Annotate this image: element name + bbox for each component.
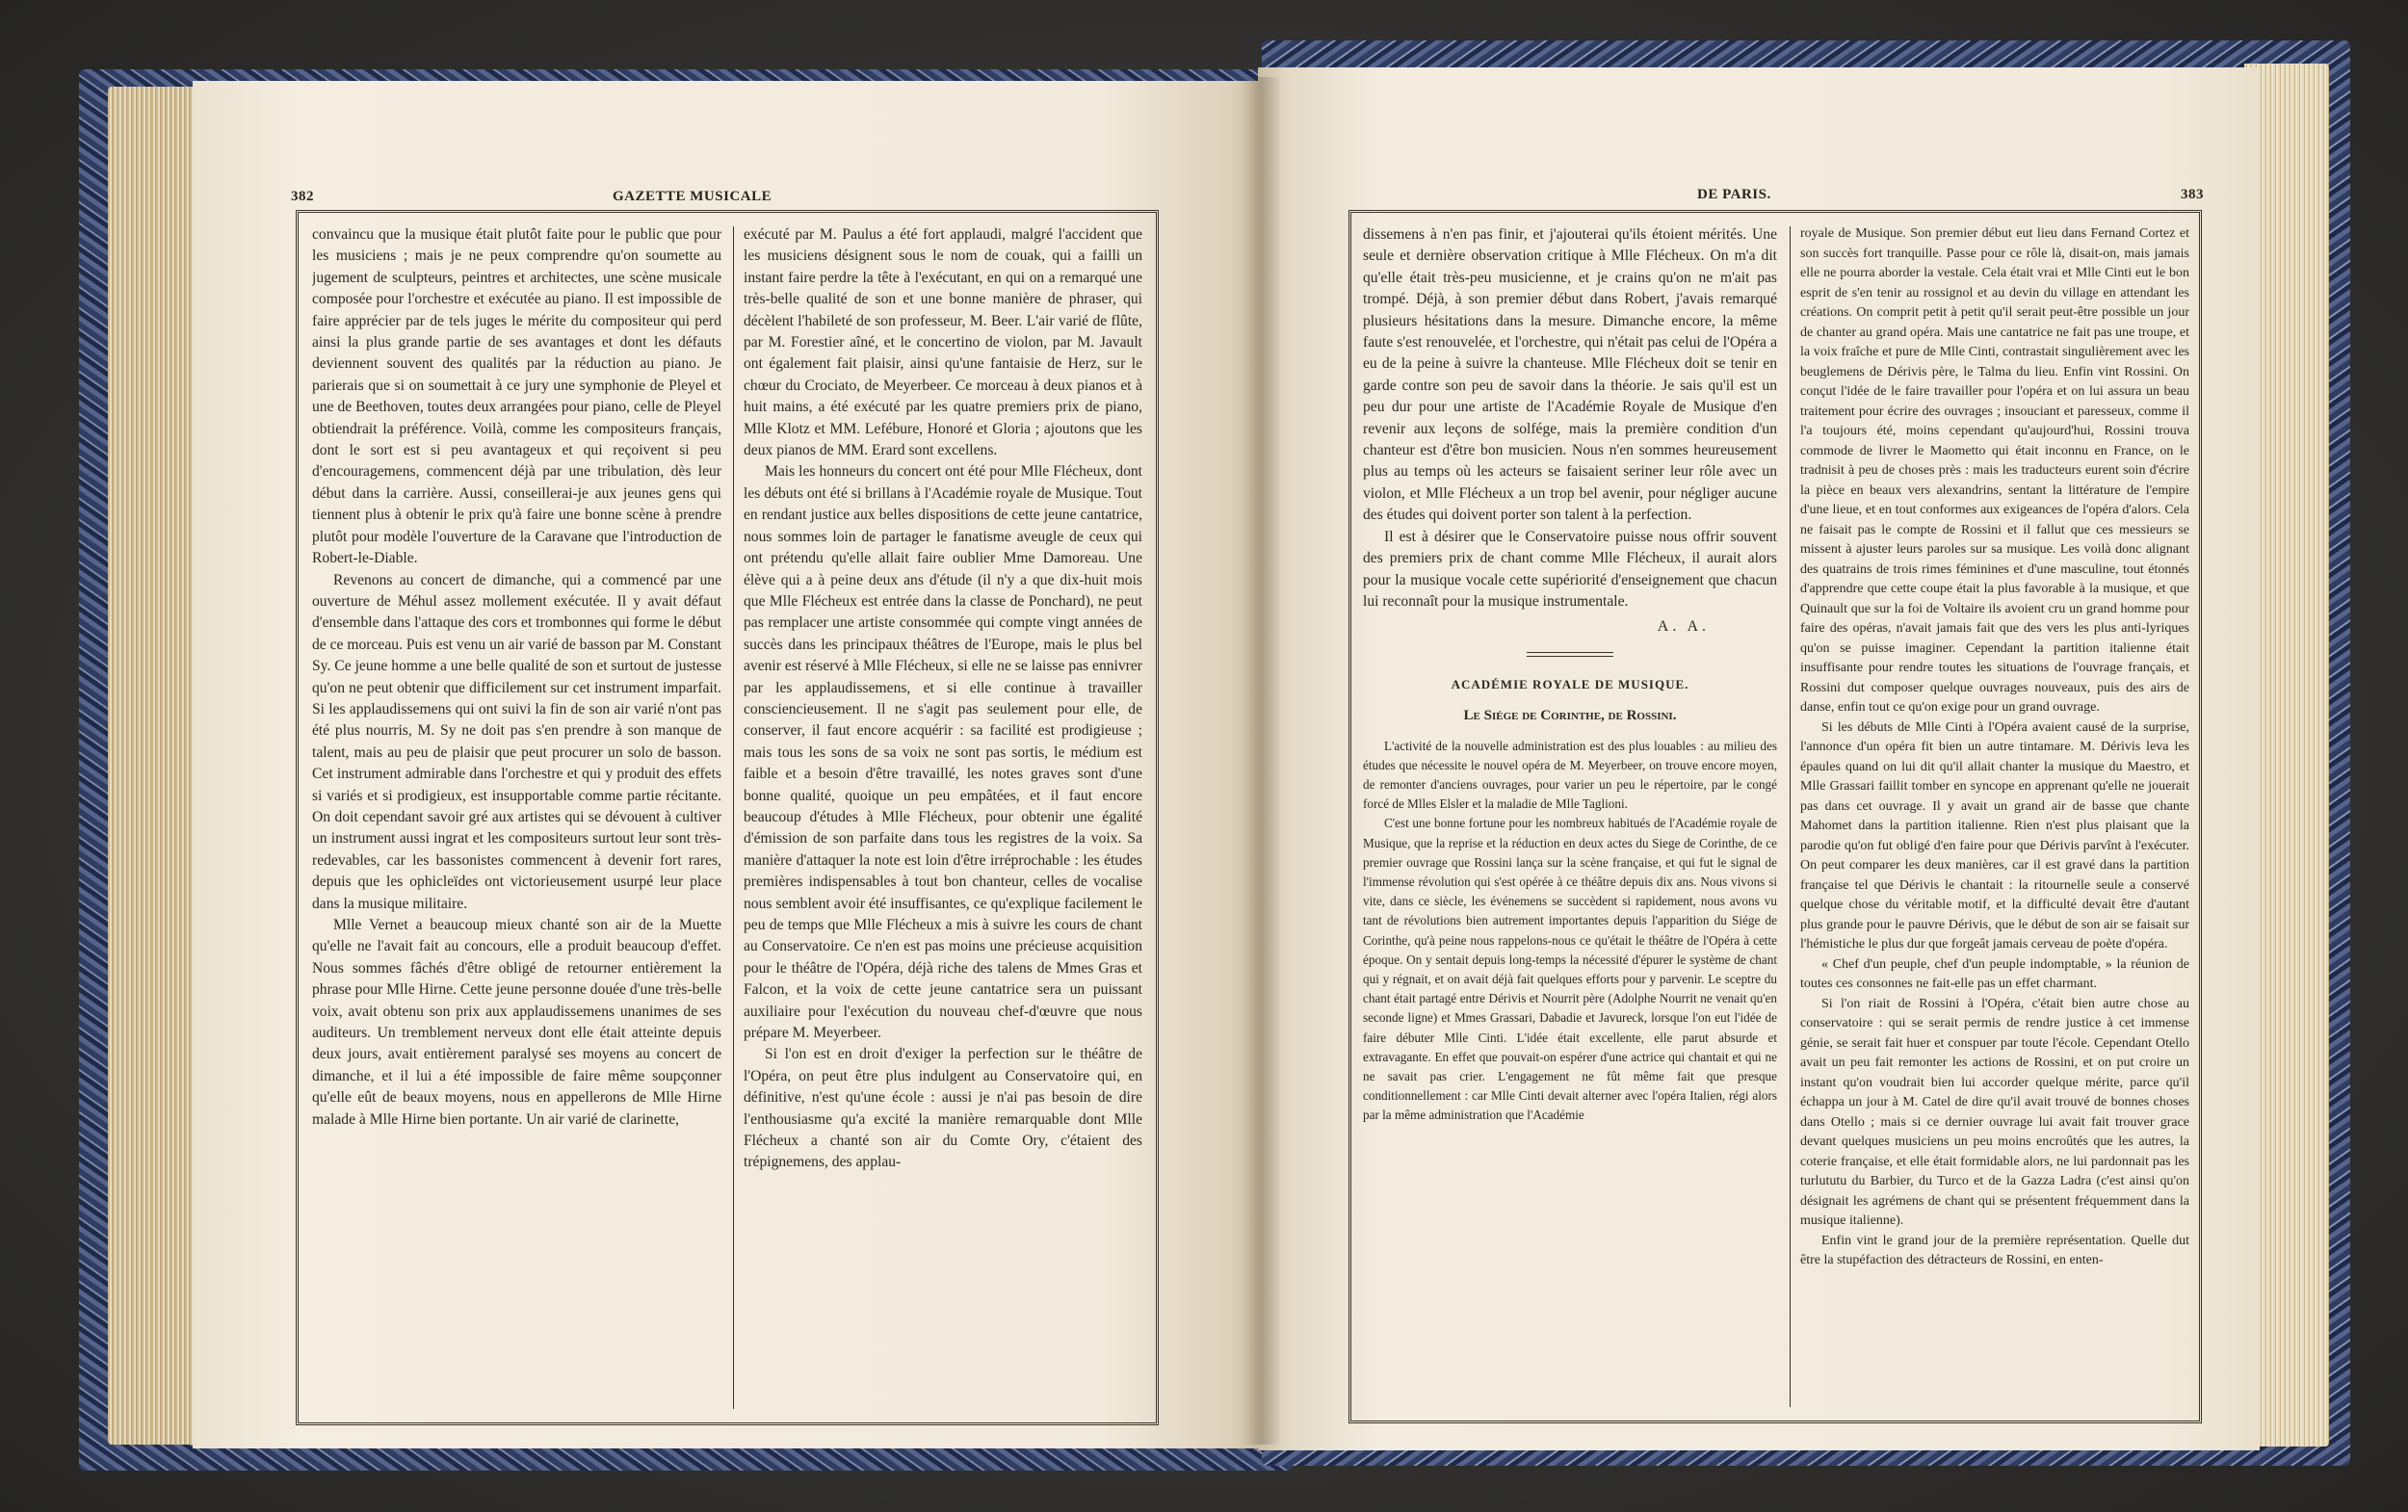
paragraph: L'activité de la nouvelle administration…: [1363, 737, 1777, 815]
paragraph: Si l'on riait de Rossini à l'Opéra, c'ét…: [1800, 995, 2189, 1232]
page-number-left: 382: [291, 189, 314, 205]
right-page-text-frame: dissemens à n'en pas finir, et j'ajouter…: [1348, 210, 2202, 1423]
section-subtitle: Le Siége de Corinthe, de Rossini.: [1363, 705, 1777, 726]
column-3: dissemens à n'en pas finir, et j'ajouter…: [1363, 224, 1777, 1409]
paragraph: Enfin vint le grand jour de la première …: [1800, 1232, 2189, 1271]
running-head-right: DE PARIS.: [1697, 187, 1771, 203]
running-head-left: GAZETTE MUSICALE: [613, 189, 772, 205]
paragraph: royale de Musique. Son premier début eut…: [1800, 224, 2189, 718]
paragraph: convaincu que la musique était plutôt fa…: [312, 224, 721, 570]
author-signature: A. A.: [1363, 616, 1777, 638]
section-title: ACADÉMIE ROYALE DE MUSIQUE.: [1363, 674, 1777, 695]
paragraph: C'est une bonne fortune pour les nombreu…: [1363, 814, 1777, 1125]
paragraph: Mlle Vernet a beaucoup mieux chanté son …: [312, 915, 721, 1131]
column-1: convaincu que la musique était plutôt fa…: [312, 224, 721, 1411]
left-page-text-frame: convaincu que la musique était plutôt fa…: [296, 210, 1159, 1425]
paragraph: Il est à désirer que le Conservatoire pu…: [1363, 527, 1777, 613]
book-gutter: [1243, 77, 1281, 1445]
paragraph: Si les débuts de Mlle Cinti à l'Opéra av…: [1800, 718, 2189, 955]
column-2: exécuté par M. Paulus a été fort applaud…: [744, 224, 1142, 1411]
paragraph: dissemens à n'en pas finir, et j'ajouter…: [1363, 224, 1777, 527]
column-4: royale de Musique. Son premier début eut…: [1800, 224, 2189, 1409]
paragraph: Si l'on est en droit d'exiger la perfect…: [744, 1044, 1142, 1173]
page-number-right: 383: [2181, 187, 2204, 203]
paragraph: Mais les honneurs du concert ont été pou…: [744, 461, 1142, 1044]
paragraph: exécuté par M. Paulus a été fort applaud…: [744, 224, 1142, 461]
column-divider: [733, 226, 734, 1409]
section-separator: [1527, 652, 1613, 657]
paragraph: « Chef d'un peuple, chef d'un peuple ind…: [1800, 955, 2189, 995]
column-divider: [1790, 226, 1791, 1407]
paragraph: Revenons au concert de dimanche, qui a c…: [312, 570, 721, 916]
